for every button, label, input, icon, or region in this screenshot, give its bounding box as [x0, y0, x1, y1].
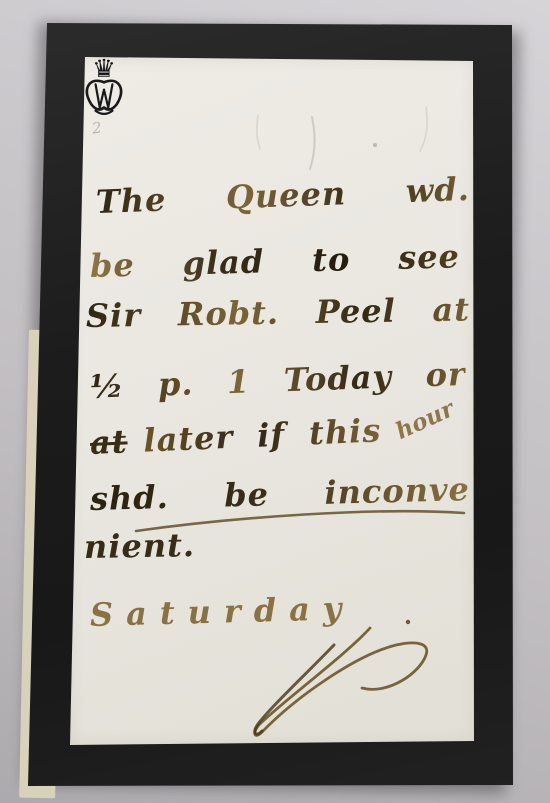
inserted-word: hour — [391, 396, 457, 445]
paraph-hairpin-dark — [255, 645, 334, 734]
crown-icon: ♛ — [79, 56, 129, 81]
paper-speck — [373, 143, 377, 147]
handwriting-line-5-main: later if this — [143, 412, 382, 459]
handwriting-line-2: be glad to see — [90, 238, 461, 284]
handwriting-line-7: nient. — [84, 527, 196, 566]
letter-paper: ♛ 2 The Queen wd. be glad to see Sir Rob… — [66, 55, 478, 747]
handwriting-line-3: Sir Robt. Peel at — [86, 291, 471, 334]
handwriting-line-1: The Queen wd. — [95, 171, 470, 221]
pencil-mark: 2 — [91, 118, 103, 137]
pencil-scuff — [420, 107, 427, 151]
handwriting-line-4: ½ p. 1 Today or — [89, 356, 466, 406]
interlaced-cipher-icon — [82, 78, 126, 116]
ink-dot — [406, 620, 410, 624]
signature-paraph-flourish — [255, 628, 427, 735]
handwriting-dateline: Saturday — [90, 590, 355, 634]
handwriting-line-6: shd. be inconve — [90, 471, 471, 518]
pencil-scuff — [257, 115, 260, 149]
handwriting-line-5: at later if this hour — [89, 408, 474, 462]
pencil-scuff — [310, 117, 315, 169]
photo-background: ♛ 2 The Queen wd. be glad to see Sir Rob… — [0, 0, 550, 803]
royal-crown-cipher-monogram: ♛ — [81, 56, 127, 116]
struck-out-word: at — [89, 423, 128, 461]
